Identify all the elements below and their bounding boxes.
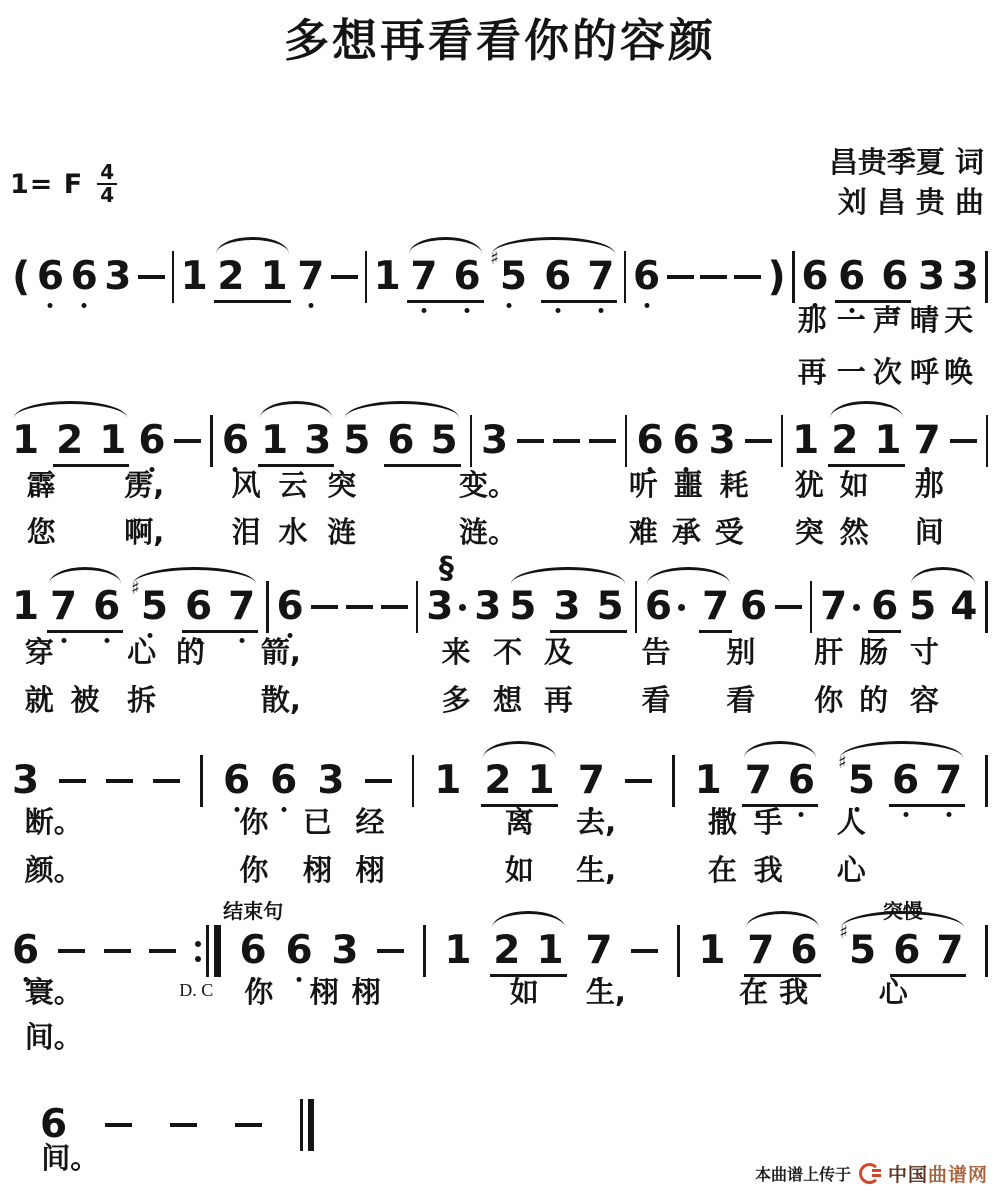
duration-dash [104, 928, 131, 974]
note-number: 1 [528, 758, 555, 804]
note: 6 [636, 418, 663, 464]
note: 6 [740, 584, 767, 630]
lyric-char: 您 [27, 514, 56, 550]
note-number: 1 [12, 584, 39, 630]
note-number: 5 [509, 584, 536, 630]
lyric-char: 我 [754, 852, 783, 888]
note: 7 [936, 928, 963, 974]
key-signature: 1= F 4 4 [10, 162, 117, 206]
barline [792, 251, 795, 303]
note-number: 7 [745, 758, 772, 804]
lyric-char: 就 [25, 682, 54, 718]
note: ♯5 [490, 254, 527, 300]
note-row: 121661356536631217 [12, 396, 988, 467]
note: 7 [578, 758, 605, 804]
underline-group: 76 [744, 928, 820, 977]
lyric-char: 耗 [720, 467, 749, 503]
note: 1 [261, 418, 288, 464]
repeat-dots [195, 941, 201, 962]
note: 2 [217, 254, 244, 300]
lyric-char: 再 [544, 682, 573, 718]
note-number: 1 [434, 758, 461, 804]
note: 3 [952, 254, 979, 300]
note-number: 3 [317, 758, 344, 804]
lyric-char: 寸 [910, 634, 939, 670]
note: 6 [185, 584, 212, 630]
paren: ) [767, 254, 785, 300]
note-number: 4 [950, 584, 977, 630]
note-number: 6 [893, 928, 920, 974]
note: ♯5 [839, 928, 876, 974]
duration-dash [106, 758, 133, 804]
song-title: 多想再看看你的容颜 [0, 4, 1000, 69]
note-number: 1 [695, 758, 722, 804]
note: 3§ [426, 584, 466, 630]
note: 6 [633, 254, 660, 300]
note: 6 [645, 584, 685, 630]
note-number: 6 [93, 584, 120, 630]
note-number: 7 [50, 584, 77, 630]
slur: ♯567 [838, 758, 965, 807]
lyric-char: 你 [814, 682, 843, 718]
note: 5 [909, 584, 936, 630]
note-number: 6 [285, 928, 312, 974]
note: 7 [585, 928, 612, 974]
lyric-row: 穿心的箭,来不及告别肝肠寸 [12, 634, 988, 674]
note: 1 [528, 758, 555, 804]
note-number: 6 [790, 928, 817, 974]
lyric-char: 受 [715, 514, 744, 550]
sharp-icon: ♯ [839, 924, 848, 942]
lyric-char: 间 [915, 514, 944, 550]
lyric-row: 您啊,泪水涟涟。难承受突然间 [12, 514, 988, 554]
note: 6 [892, 758, 919, 804]
note: 6 [871, 584, 898, 630]
note-row: (6631217176♯5676)66633 [12, 232, 988, 303]
note-number: 6 [838, 254, 865, 300]
qupu-logo-icon [859, 1163, 880, 1184]
note: 2 [493, 928, 520, 974]
note-number: 5 [141, 584, 168, 630]
note-number: 2 [493, 928, 520, 974]
lyric-char: 拆 [127, 682, 156, 718]
note: 6 [270, 758, 297, 804]
note: 6 [790, 928, 817, 974]
lyric-char: 告 [642, 634, 671, 670]
note-row: 36631217176♯567 [12, 736, 988, 807]
slur: 565 [343, 418, 460, 467]
paren: ( [12, 254, 30, 300]
lyric-char: 霹 [27, 467, 56, 503]
note: 3 [474, 584, 501, 630]
note-number: 1 [261, 418, 288, 464]
duration-dash [365, 758, 392, 804]
note: ♯5 [838, 758, 875, 804]
lyric-char: 天 [944, 302, 973, 338]
duration-dash [745, 418, 772, 464]
note-number: 1 [374, 254, 401, 300]
lyric-char: 间。 [25, 1019, 83, 1055]
note: 3 [104, 254, 131, 300]
note-number: 3 [481, 418, 508, 464]
lyric-char: 啊, [124, 514, 164, 550]
note: 6 [71, 254, 98, 300]
barline [677, 925, 680, 977]
duration-dash [775, 584, 802, 630]
lyricist-credit: 昌贵季夏 词 [829, 142, 984, 182]
note-number: 6 [645, 584, 672, 630]
lyric-char: 栩 [303, 852, 332, 888]
note: 7 [702, 584, 729, 630]
lyric-char: 及 [544, 634, 573, 670]
lyric-row: 就被拆散,多想再看看你的容 [12, 682, 988, 722]
slur: ♯567 [131, 584, 258, 633]
underline-group: 67 [890, 928, 966, 977]
duration-dash [734, 254, 761, 300]
note-number: 6 [633, 254, 660, 300]
barline [412, 755, 415, 807]
note-number: 3 [104, 254, 131, 300]
duration-dash [138, 254, 165, 300]
note: 6结束句 [240, 928, 267, 974]
lyric-char: 犹 [795, 467, 824, 503]
lyric-char: 栩 [310, 974, 339, 1010]
underline-group: 67 [182, 584, 258, 633]
note-number: 6 [12, 928, 39, 974]
note: 7 [747, 928, 774, 974]
note-number: 1 [444, 928, 471, 974]
lyric-row: 间。 [12, 1019, 988, 1059]
note: 6 [276, 584, 303, 630]
segno-icon: § [439, 551, 454, 586]
underline-group: 35 [550, 584, 626, 633]
note: 6 [387, 418, 414, 464]
note: 6 [12, 928, 39, 974]
note: 6 [453, 254, 480, 300]
note-number: 3 [474, 584, 501, 630]
note-number: 6 [270, 758, 297, 804]
underline-group: 21 [214, 254, 290, 303]
lyric-char: 手 [754, 804, 783, 840]
lyric-row: 断。你已经离去,撒手人 [12, 804, 988, 844]
slur: 121 [12, 418, 129, 467]
phrase-label: 结束句 [223, 895, 283, 924]
duration-dash [311, 584, 338, 630]
note: 7 [587, 254, 614, 300]
slur: 76 [407, 254, 483, 303]
underline-group: 21 [53, 418, 129, 467]
note-number: 7 [935, 758, 962, 804]
music-line-3: 176♯56763§35356767654穿心的箭,来不及告别肝肠寸就被拆散,多… [12, 562, 988, 633]
lyric-char: 肝 [814, 634, 843, 670]
note: 6 [222, 418, 249, 464]
time-signature-numerator: 4 [97, 162, 117, 185]
duration-dash [381, 584, 408, 630]
note: 6 [544, 254, 571, 300]
lyric-char: 那 [915, 467, 944, 503]
barline [266, 581, 269, 633]
lyric-char: 撒 [708, 804, 737, 840]
lyric-char: 唤 [944, 354, 973, 390]
underline-group: 21 [481, 758, 557, 807]
slur: 21 [214, 254, 290, 303]
duration-dash [377, 928, 404, 974]
note-number: 2 [56, 418, 83, 464]
lyric-char: 再 [798, 354, 827, 390]
upload-note: 本曲谱上传于 [755, 1162, 851, 1185]
note: 3 [918, 254, 945, 300]
barline [200, 755, 203, 807]
underline-group: 65 [384, 418, 460, 467]
note: 7 [228, 584, 255, 630]
lyric-char: 涟。 [459, 514, 517, 550]
note-number: 3 [331, 928, 358, 974]
note-number: 6 [801, 254, 828, 300]
note: 6 [138, 418, 165, 464]
note-row: 6D. C6结束句631217176♯567突慢 [12, 906, 988, 977]
barline-thin [206, 925, 209, 977]
note: 5 [509, 584, 536, 630]
note-number: 5 [597, 584, 624, 630]
sharp-icon: ♯ [131, 580, 140, 598]
note: 1 [261, 254, 288, 300]
note: 6 [285, 928, 312, 974]
underline-group: 21 [490, 928, 566, 977]
note: 1 [536, 928, 563, 974]
note: 3 [709, 418, 736, 464]
note-number: 7 [585, 928, 612, 974]
barline [810, 581, 813, 633]
lyric-char: 一 [837, 354, 866, 390]
note-number: 7 [587, 254, 614, 300]
lyric-char: 如 [840, 467, 869, 503]
slur: 21 [828, 418, 904, 467]
note-number: 6 [138, 418, 165, 464]
lyric-char: 多 [441, 682, 470, 718]
lyric-char: 经 [356, 804, 385, 840]
lyric-row: 颜。你栩栩如生,在我心 [12, 852, 988, 892]
note-number: 6 [544, 254, 571, 300]
note-number: 6 [740, 584, 767, 630]
underline-group: 7 [699, 584, 732, 633]
note-number: 6 [788, 758, 815, 804]
time-signature: 4 4 [97, 162, 117, 206]
barline [985, 755, 988, 807]
lyric-char: 心 [879, 974, 908, 1010]
note: 2 [831, 418, 858, 464]
note-number: 5 [343, 418, 370, 464]
barline [625, 415, 628, 467]
note: 7 [297, 254, 324, 300]
lyric-char: 已 [303, 804, 332, 840]
note: 1 [12, 584, 39, 630]
note-number: 6 [223, 758, 250, 804]
underline-group: 67 [889, 758, 965, 807]
note-number: 7 [820, 584, 847, 630]
music-line-4: 36631217176♯567断。你已经离去,撒手人颜。你栩栩如生,在我心 [12, 736, 988, 807]
note-number: 3 [709, 418, 736, 464]
slur: 54 [909, 584, 977, 630]
note: 1 [434, 758, 461, 804]
duration-dash [631, 928, 658, 974]
note: 7 [935, 758, 962, 804]
note-number: 6 [185, 584, 212, 630]
lyric-char: 如 [510, 974, 539, 1010]
note: 7 [913, 418, 940, 464]
barline [986, 415, 989, 467]
lyric-char: 一 [837, 302, 866, 338]
barline-thick [214, 925, 221, 977]
repeat-barline: D. C [195, 925, 221, 977]
barline [470, 415, 473, 467]
note-number: 1 [261, 254, 288, 300]
lyric-char: 间。 [41, 1140, 99, 1176]
duration-dash [346, 584, 373, 630]
note: 1 [374, 254, 401, 300]
note: 3 [304, 418, 331, 464]
lyric-char: 风 [232, 467, 261, 503]
note: 7 [820, 584, 860, 630]
lyric-char: 承 [672, 514, 701, 550]
slur: 76 [742, 758, 818, 807]
note-number: 6 [240, 928, 267, 974]
note-number: 3 [918, 254, 945, 300]
duration-dash [174, 418, 201, 464]
note-number: 2 [217, 254, 244, 300]
lyric-char: 心 [837, 852, 866, 888]
barline [985, 925, 988, 977]
note: 2 [56, 418, 83, 464]
music-line-5: 6D. C6结束句631217176♯567突慢寰。你栩栩如生,在我心间。 [12, 906, 988, 977]
lyric-char: 泪 [232, 514, 261, 550]
underline-group: 76 [47, 584, 123, 633]
lyric-char: 箭, [261, 634, 301, 670]
note-number: 1 [874, 418, 901, 464]
note-number: 3 [553, 584, 580, 630]
lyric-char: 我 [779, 974, 808, 1010]
lyric-char: 散, [261, 682, 301, 718]
lyric-char: 呼 [910, 354, 939, 390]
note-number: 3 [304, 418, 331, 464]
lyric-char: 变。 [459, 467, 517, 503]
time-signature-denominator: 4 [100, 185, 114, 206]
note-number: 5 [430, 418, 457, 464]
lyric-char: 在 [739, 974, 768, 1010]
note-number: 7 [228, 584, 255, 630]
lyric-char: 看 [642, 682, 671, 718]
note-number: 1 [12, 418, 39, 464]
lyric-char: 那 [798, 302, 827, 338]
lyric-char: 次 [873, 354, 902, 390]
note: 4 [950, 584, 977, 630]
site-name-primary: 中国 [888, 1164, 928, 1186]
note-number: 1 [99, 418, 126, 464]
lyric-char: 生, [586, 974, 626, 1010]
barline [624, 251, 627, 303]
lyric-char: 肠 [859, 634, 888, 670]
lyric-char: 被 [71, 682, 100, 718]
note-number: 7 [702, 584, 729, 630]
lyric-char: 难 [629, 514, 658, 550]
slur: 13 [258, 418, 334, 467]
lyric-char: 颜。 [25, 852, 83, 888]
barline [985, 581, 988, 633]
note-number: 6 [871, 584, 898, 630]
note-number: 5 [909, 584, 936, 630]
sharp-icon: ♯ [490, 250, 499, 268]
underline-group: 21 [828, 418, 904, 467]
lyric-char: 水 [278, 514, 307, 550]
underline-group: 67 [541, 254, 617, 303]
composer-credit: 刘 昌 贵 曲 [829, 182, 984, 222]
duration-dash [517, 418, 544, 464]
lyric-char: 别 [726, 634, 755, 670]
lyric-char: 想 [493, 682, 522, 718]
site-name-secondary: 曲谱网 [928, 1164, 988, 1186]
note: 3 [481, 418, 508, 464]
lyric-char: 看 [726, 682, 755, 718]
note-number: 2 [831, 418, 858, 464]
note: 6 [838, 254, 865, 300]
note: 3 [12, 758, 39, 804]
note: 1 [695, 758, 722, 804]
note: 1 [12, 418, 39, 464]
note: 7 [410, 254, 437, 300]
note-number: 7 [936, 928, 963, 974]
note: 6 [788, 758, 815, 804]
note: 6 [881, 254, 908, 300]
note: 6 [93, 584, 120, 630]
note-number: 1 [181, 254, 208, 300]
lyric-char: 晴 [910, 302, 939, 338]
duration-dash [58, 928, 85, 974]
lyric-char: 断。 [25, 804, 83, 840]
note-number: 1 [792, 418, 819, 464]
duration-dash [589, 418, 616, 464]
note-number: 5 [848, 758, 875, 804]
barline [985, 251, 988, 303]
lyric-char: 突 [327, 467, 356, 503]
slur: 76 [47, 584, 123, 633]
lyric-char: 不 [493, 634, 522, 670]
note-number: 7 [410, 254, 437, 300]
note-number: 6 [453, 254, 480, 300]
note: 7 [50, 584, 77, 630]
duration-dash [625, 758, 652, 804]
repeat-dot [195, 956, 201, 962]
music-line-2: 121661356536631217霹雳,风云突变。听噩耗犹如那您啊,泪水涟涟。… [12, 396, 988, 467]
note-number: 6 [276, 584, 303, 630]
note-number: 6 [636, 418, 663, 464]
note: 1 [181, 254, 208, 300]
lyric-char: 你 [239, 804, 268, 840]
note-number: 6 [892, 758, 919, 804]
underline-group: 76 [742, 758, 818, 807]
lyric-char: 栩 [356, 852, 385, 888]
lyric-char: 栩 [352, 974, 381, 1010]
note-number: 5 [849, 928, 876, 974]
augmentation-dot [853, 604, 860, 611]
barline [781, 415, 784, 467]
slur: 76 [744, 928, 820, 977]
lyric-char: 涟 [327, 514, 356, 550]
barline [210, 415, 213, 467]
underline-group: 76 [407, 254, 483, 303]
barline [365, 251, 368, 303]
note-number: 6 [387, 418, 414, 464]
duration-dash [149, 928, 176, 974]
lyric-row: 霹雳,风云突变。听噩耗犹如那 [12, 467, 988, 507]
